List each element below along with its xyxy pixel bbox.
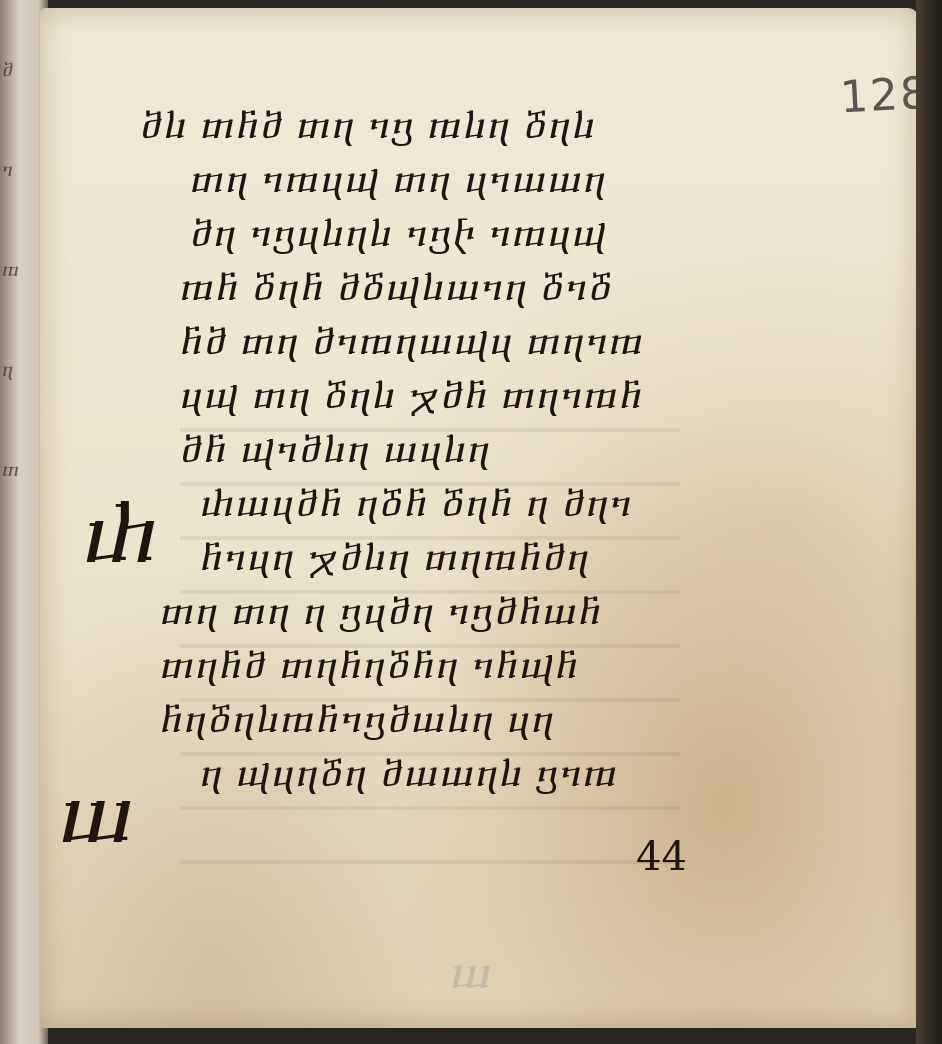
text-line: ⴇⴄⴌⴋ ⴇⴄⴌⴄⴃⴌⴄ ⴈⴌⴓⴌ <box>140 640 780 694</box>
decorated-initial: ⴐ <box>82 488 159 581</box>
text-line: ⴋⴌ ⴓⴈⴋⴑⴄ ⴍⴗⴑⴄ <box>140 424 780 478</box>
facing-page-text: ⴄ <box>2 360 13 381</box>
text-line: ⴌⴋ ⴇⴄ ⴋⴈⴊⴄⴍⴓⴗ ⴇⴄⴈⴊ <box>140 316 780 370</box>
text-line: ⴗⴓ ⴇⴄ ⴃⴄⴑ ⴟⴋⴌ ⴇⴄⴈⴊⴌ <box>140 370 780 424</box>
facing-page-text: ⴈ <box>2 160 13 181</box>
text-line: ⴐⴍⴗⴋⴌ ⴄⴃⴌ ⴃⴄⴌ ⴄ ⴋⴄⴈ <box>140 478 780 532</box>
text-line: ⴌⴄⴃⴄⴑⴊⴌⴈⴂⴋⴍⴑⴄ ⴗⴄ <box>140 694 780 748</box>
catchword: 44 <box>636 834 687 880</box>
bleed-through-mark: ⴍ <box>450 948 492 999</box>
text-line: ⴇⴄ ⴇⴄ ⴄ ⴂⴗⴋⴄ ⴈⴂⴋⴌⴍⴌ <box>140 586 780 640</box>
text-line: ⴋⴑ ⴇⴌⴋ ⴇⴄ ⴈⴂ ⴊⴑⴄ ⴃⴄⴑ <box>140 100 780 154</box>
facing-page-text: ⴋ <box>2 60 13 81</box>
manuscript-page: 128 ⴋⴑ ⴇⴌⴋ ⴇⴄ ⴈⴂ ⴊⴑⴄ ⴃⴄⴑ ⴇⴄ ⴈⴊⴗⴓ ⴇⴄ ⴗⴈⴍⴍ… <box>40 8 918 1028</box>
background-edge <box>916 0 942 1044</box>
text-line: ⴌⴈⴗⴄ ⴟⴋⴑⴄ ⴇⴄⴊⴌⴋⴄ <box>140 532 780 586</box>
text-block: ⴋⴑ ⴇⴌⴋ ⴇⴄ ⴈⴂ ⴊⴑⴄ ⴃⴄⴑ ⴇⴄ ⴈⴊⴗⴓ ⴇⴄ ⴗⴈⴍⴍⴄ ⴋⴄ… <box>140 100 780 802</box>
decorated-initial: ⴍ <box>58 768 135 861</box>
text-line: ⴊⴌ ⴃⴄⴌ ⴋⴃⴓⴑⴍⴈⴄ ⴃⴈⴃ <box>140 262 780 316</box>
text-line: ⴇⴄ ⴈⴊⴗⴓ ⴇⴄ ⴗⴈⴍⴍⴄ <box>140 154 780 208</box>
text-line: ⴄ ⴓⴗⴄⴃⴄ ⴋⴍⴍⴄⴑ ⴂⴈⴊ <box>140 748 780 802</box>
facing-page-text: ⴊ <box>2 260 19 281</box>
facing-page-text: ⴇ <box>2 460 19 481</box>
text-line: ⴋⴄ ⴈⴂⴗⴑⴄⴑ ⴈⴂⴡ ⴈⴊⴗⴓ <box>140 208 780 262</box>
